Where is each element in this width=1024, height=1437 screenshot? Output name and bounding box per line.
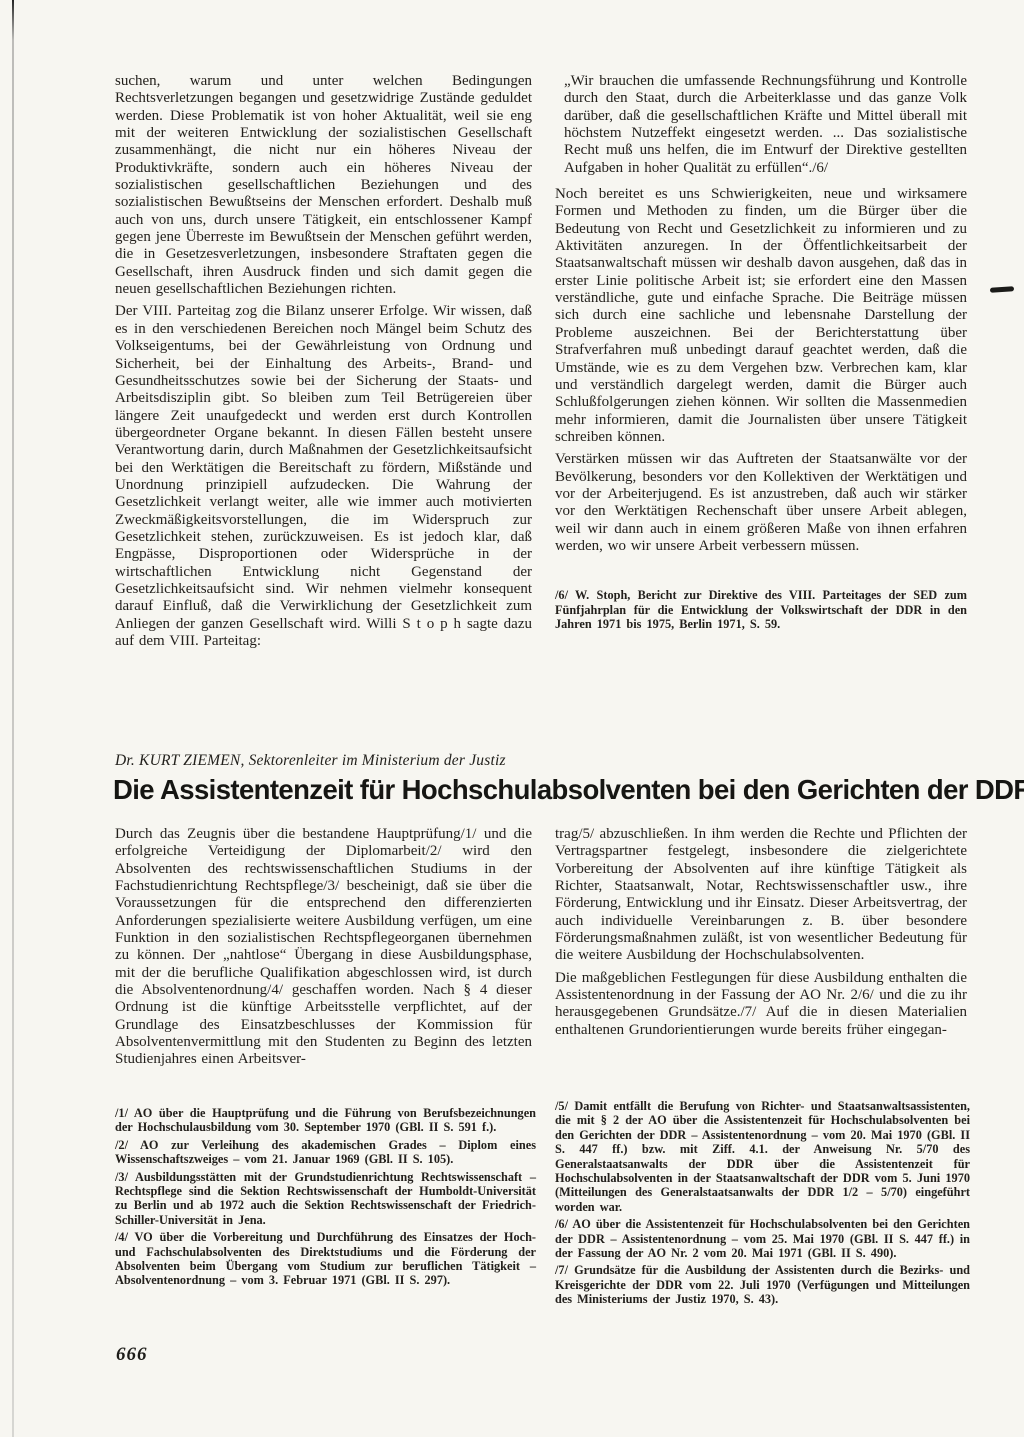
body-paragraph: trag/5/ abzuschließen. In ihm werden die… <box>555 826 967 965</box>
footnotes-left-column: /1/ AO über die Hauptprüfung und die Füh… <box>115 1106 536 1291</box>
upper-left-column: suchen, warum und unter welchen Bedingun… <box>115 73 532 655</box>
footnote-7: /7/ Grundsätze für die Ausbildung der As… <box>555 1263 970 1306</box>
body-paragraph: Der VIII. Parteitag zog die Bilanz unser… <box>115 303 532 650</box>
article-left-column: Durch das Zeugnis über die bestandene Ha… <box>115 826 532 1074</box>
body-paragraph: Noch bereitet es uns Schwierigkeiten, ne… <box>555 186 967 446</box>
footnote-4: /4/ VO über die Vorbereitung und Durchfü… <box>115 1230 536 1288</box>
article-body-section: Durch das Zeugnis über die bestandene Ha… <box>115 826 967 1074</box>
body-paragraph: Durch das Zeugnis über die bestandene Ha… <box>115 826 532 1069</box>
footnote-3: /3/ Ausbildungsstätten mit der Grundstud… <box>115 1170 536 1228</box>
body-paragraph: Verstärken müssen wir das Auftreten der … <box>555 451 967 555</box>
upper-right-column: „Wir brauchen die umfassende Rechnungsfü… <box>555 73 967 655</box>
footnote-2: /2/ AO zur Verleihung des akademischen G… <box>115 1138 536 1167</box>
footnotes-right-column: /5/ Damit entfällt die Berufung von Rich… <box>555 1099 970 1310</box>
body-paragraph: Die maßgeblichen Festlegungen für diese … <box>555 970 967 1039</box>
block-quote: „Wir brauchen die umfassende Rechnungsfü… <box>555 73 967 177</box>
scan-gutter-line-artifact <box>12 0 14 1437</box>
continued-article-section: suchen, warum und unter welchen Bedingun… <box>115 73 967 655</box>
scan-dash-mark-artifact <box>990 286 1014 293</box>
body-paragraph: suchen, warum und unter welchen Bedingun… <box>115 73 532 298</box>
article-title: Die Assistentenzeit für Hochschulabsolve… <box>113 774 993 806</box>
footnote-1: /1/ AO über die Hauptprüfung und die Füh… <box>115 1106 536 1135</box>
journal-page: suchen, warum und unter welchen Bedingun… <box>0 0 1024 1437</box>
article-right-column: trag/5/ abzuschließen. In ihm werden die… <box>555 826 967 1074</box>
footnote-6: /6/ AO über die Assistentenzeit für Hoch… <box>555 1217 970 1260</box>
author-line: Dr. KURT ZIEMEN, Sektorenleiter im Minis… <box>115 752 967 770</box>
footnote-6-stoph: /6/ W. Stoph, Bericht zur Direktive des … <box>555 588 967 631</box>
footnote-5: /5/ Damit entfällt die Berufung von Rich… <box>555 1099 970 1214</box>
page-number: 666 <box>116 1344 148 1366</box>
